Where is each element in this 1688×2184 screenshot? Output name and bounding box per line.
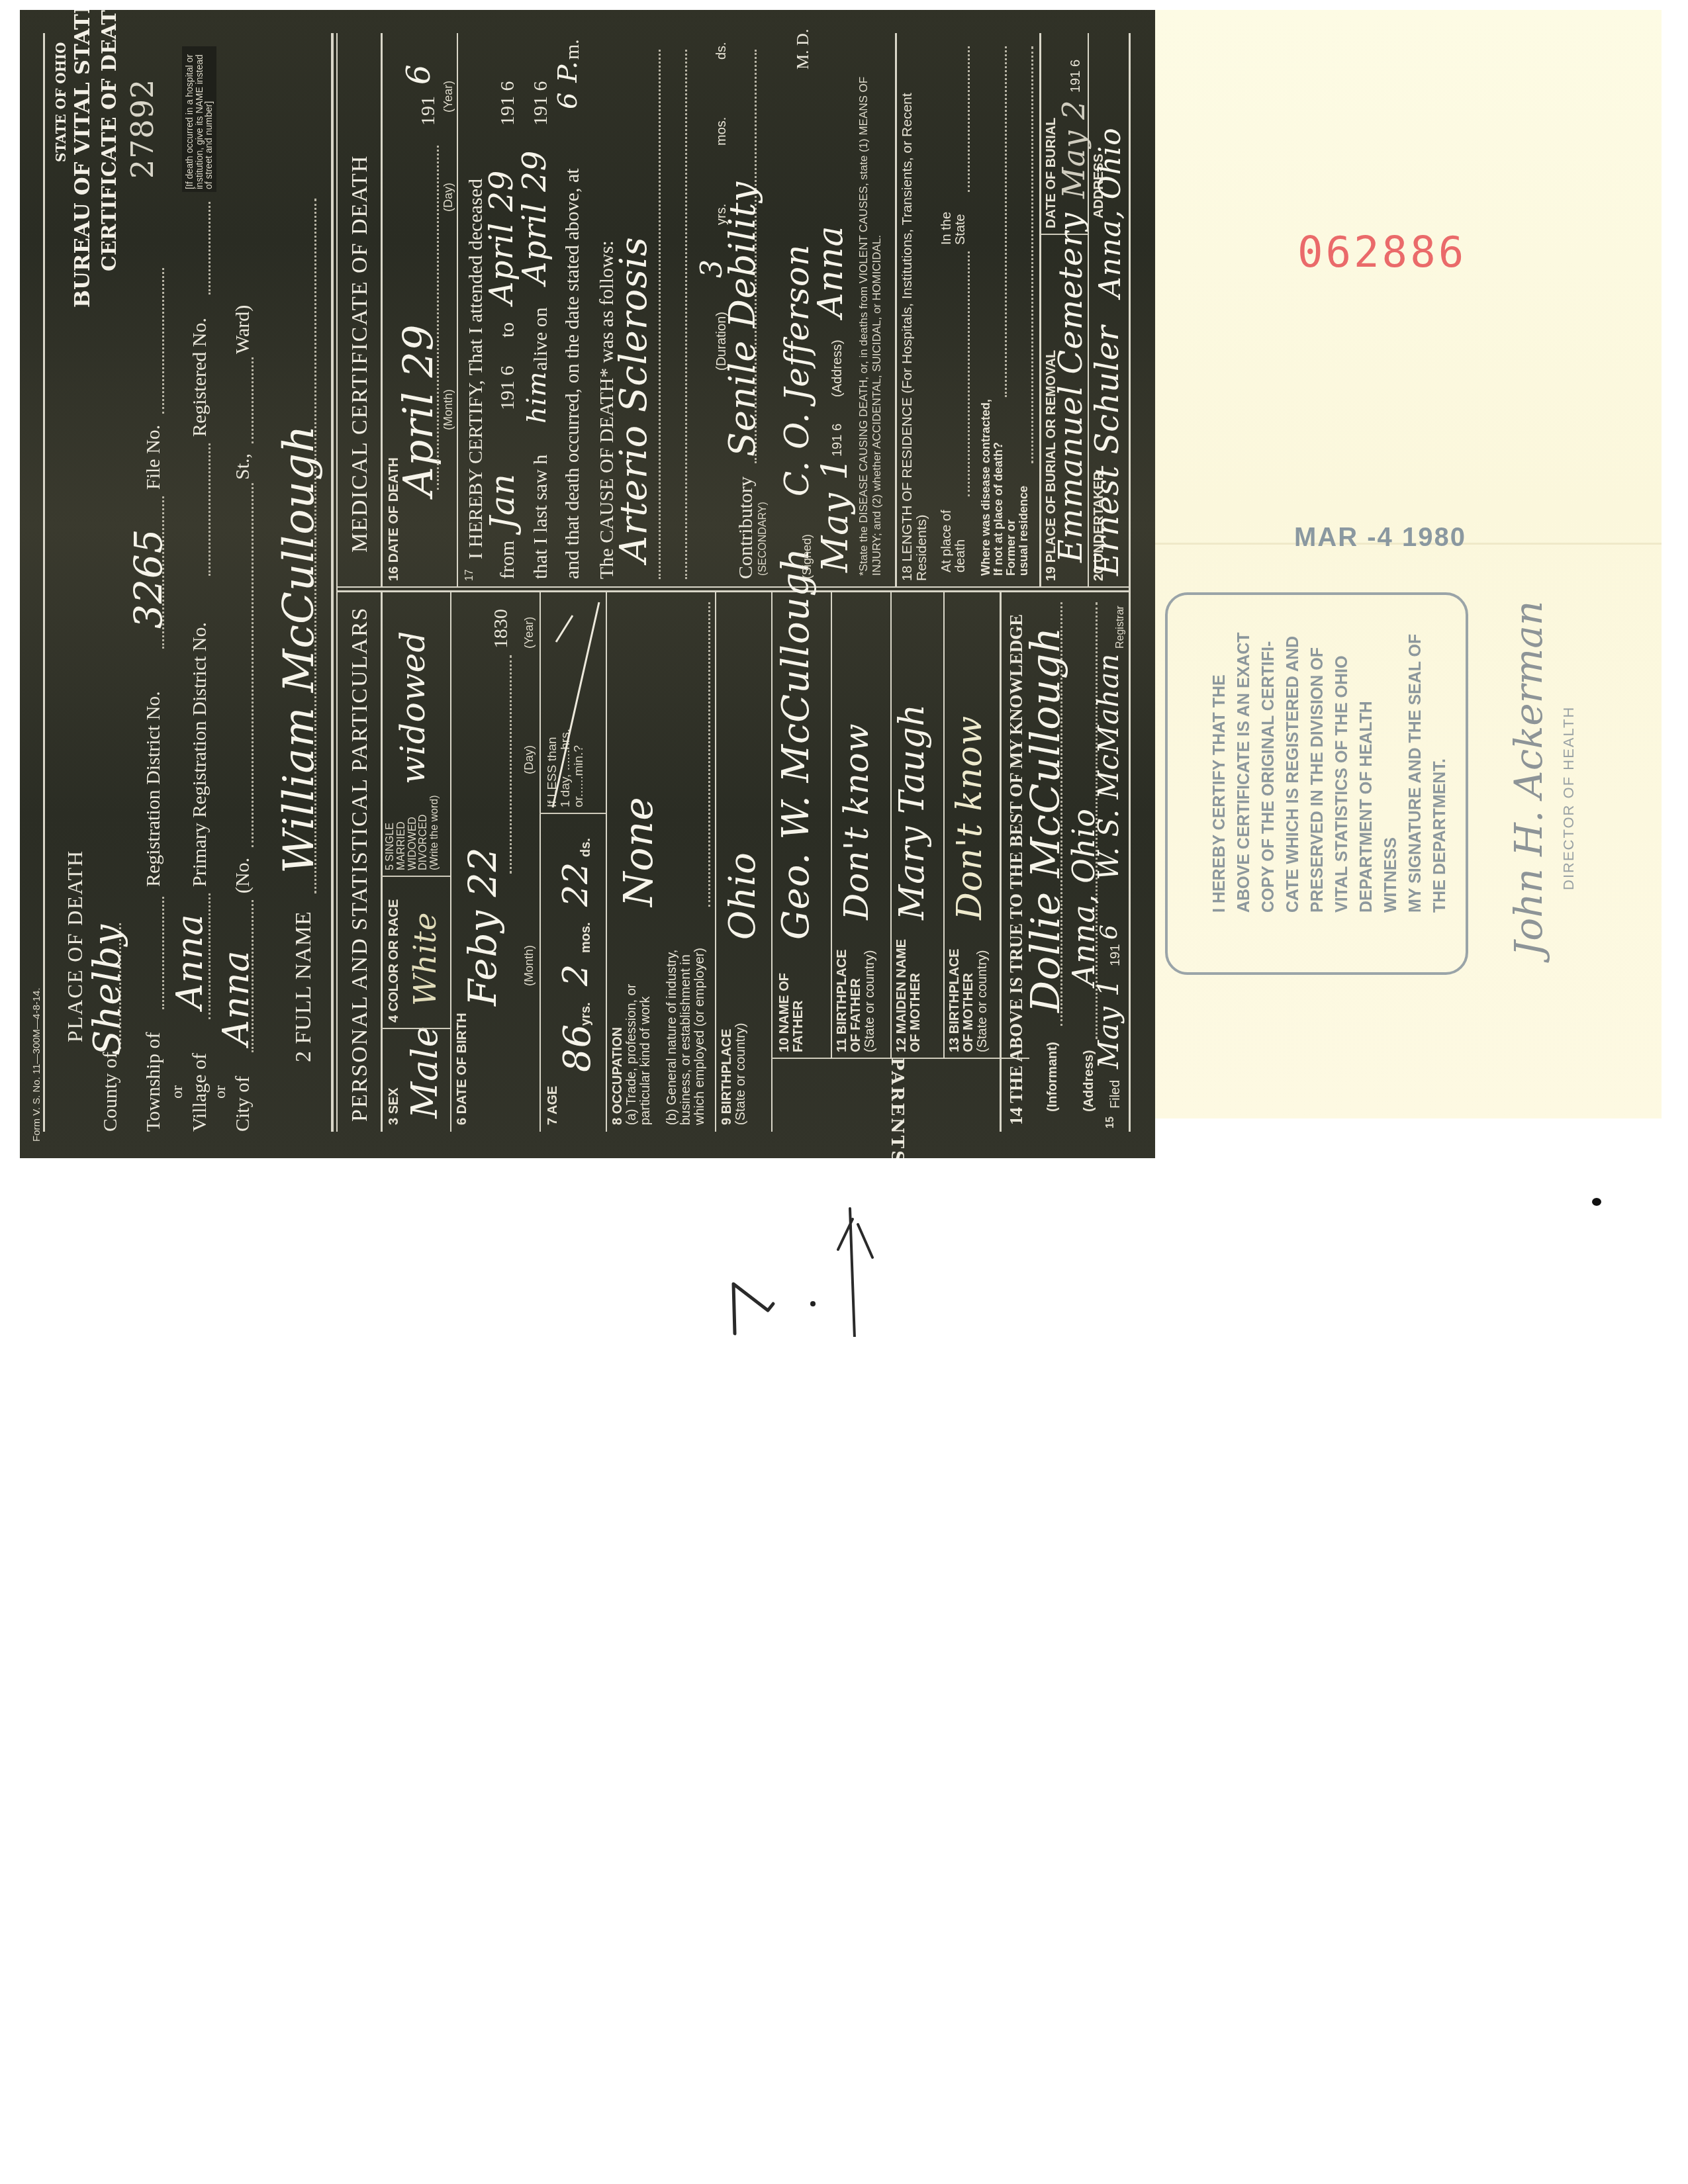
or-text-1: or [169, 1085, 187, 1099]
residence-line [1031, 46, 1033, 463]
death-day-caption: (Day) [442, 183, 455, 212]
filed-date-value: May 1 [1092, 978, 1125, 1069]
ward-line [252, 357, 254, 443]
residence-label: 18 LENGTH OF RESIDENCE (For Hospitals, I… [900, 38, 929, 581]
occupation-label: 8 OCCUPATION (a) Trade, profession, or p… [611, 984, 653, 1125]
certification-line: I HEREBY CERTIFY THAT THE [1207, 621, 1232, 913]
death-certificate-form: Form V. S. No. 11—300M—4-8-14. PLACE OF … [20, 10, 1155, 1158]
age-months-value: 2 [556, 964, 596, 986]
mother-name-line-1: 12 MAIDEN NAME [895, 939, 909, 1052]
certification-line: THE DEPARTMENT. [1428, 621, 1452, 913]
cause-line [659, 50, 661, 579]
street-line [252, 483, 254, 847]
column-divider-2 [336, 586, 1131, 588]
death-occurred-text: and that death occurred, on the date sta… [561, 168, 584, 579]
date-of-death-year-prefix: 191 [417, 96, 440, 126]
row-rule-3 [606, 592, 607, 1132]
signed-label: (Signed) [801, 534, 814, 579]
form-id: Form V. S. No. 11—300M—4-8-14. [32, 987, 42, 1142]
md-label: M. D. [793, 29, 813, 69]
certification-line: ABOVE CERTIFICATE IS AN EXACT [1232, 621, 1256, 913]
industry-line-2: business, or establishment in [679, 948, 693, 1125]
from-label: from [496, 541, 519, 579]
column-divider [336, 590, 1131, 592]
date-of-death-value: April 29 [394, 324, 442, 496]
to-label: to [496, 322, 519, 338]
death-year-caption: (Year) [442, 81, 455, 113]
father-birthplace-line-3: (State or country) [863, 949, 877, 1052]
date-of-burial-value: May 2 [1056, 100, 1092, 199]
dob-year-caption: (Year) [523, 617, 536, 649]
stray-dot-icon [1592, 1198, 1601, 1206]
date-stamp: MAR -4 1980 [1294, 523, 1413, 563]
mother-name-line-2: OF MOTHER [909, 939, 923, 1052]
burial-value: Emmanuel Cemetery [1053, 212, 1090, 563]
file-no-label: File No. [142, 425, 165, 490]
certification-line: PRESERVED IN THE DIVISION OF [1305, 621, 1330, 913]
parents-rule-3 [943, 592, 945, 1059]
birthplace-line-1: 9 BIRTHPLACE [720, 1023, 734, 1125]
duration-ds: ds. [715, 42, 729, 60]
marital-option-married: MARRIED [397, 795, 408, 870]
last-saw-text: that I last saw h [530, 455, 552, 579]
county-label: County of [99, 1052, 122, 1132]
signed-year: 191 6 [831, 424, 845, 457]
hospital-note: [If death occurred in a hospital or inst… [182, 46, 216, 192]
contracted-line-3: Former or [1005, 399, 1017, 576]
certification-line: COPY OF THE ORIGINAL CERTIFI- [1256, 621, 1281, 913]
less-than-strikeout [539, 596, 606, 814]
registered-no-label: Registered No. [189, 318, 211, 437]
physician-address-label: (Address) [831, 340, 845, 397]
alive-on-label: alive on [530, 307, 552, 371]
marital-value: widowed [394, 631, 432, 784]
death-certificate-rotated: Form V. S. No. 11—300M—4-8-14. PLACE OF … [20, 10, 1155, 1158]
personal-heading-rule [381, 592, 383, 1132]
city-label: City of [232, 1076, 254, 1132]
certification-line: VITAL STATISTICS OF THE OHIO [1330, 621, 1354, 913]
in-state-label: In the State [940, 185, 968, 245]
age-days-value: 22 [556, 862, 596, 907]
certification-stamp-box: I HEREBY CERTIFY THAT THE ABOVE CERTIFIC… [1165, 592, 1468, 975]
occupation-line-1: 8 OCCUPATION [611, 984, 625, 1125]
violent-causes-footnote: *State the DISEASE CAUSING DEATH, or, in… [857, 46, 884, 576]
parents-section-label: PARENTS [887, 1058, 907, 1158]
marital-option-single: 5 SINGLE [385, 795, 397, 870]
duration-mos: mos. [715, 117, 729, 146]
marital-status-options: 5 SINGLE MARRIED WIDOWED DIVORCED (Write… [385, 795, 441, 870]
filed-year-suffix: 6 [1096, 924, 1123, 940]
certification-line: MY SIGNATURE AND THE SEAL OF [1403, 621, 1428, 913]
registration-district-value: 3265 [126, 528, 171, 629]
city-value: Anna [215, 950, 257, 1046]
at-place-label: At place of death [940, 486, 968, 572]
mother-birthplace-line-3: (State or country) [976, 948, 990, 1052]
industry-label: (b) General nature of industry, business… [665, 948, 707, 1125]
director-title: DIRECTOR OF HEALTH [1560, 706, 1577, 890]
father-birthplace-value: Don't know [837, 723, 876, 920]
dob-line [510, 655, 512, 874]
physician-address-value: Anna [811, 225, 851, 318]
cause-line-2 [685, 50, 687, 579]
row-rule-4 [715, 592, 716, 1132]
primary-registration-label: Primary Registration District No. [189, 622, 211, 887]
filed-year-prefix: 191 [1109, 944, 1123, 966]
parents-rule-2 [890, 592, 892, 1059]
ward-label: Ward) [232, 305, 254, 354]
informant-value: Dollie McCullough [1023, 627, 1069, 1013]
state-title: STATE OF OHIO [53, 42, 69, 162]
date-of-death-year-suffix: 6 [400, 64, 438, 85]
st-label: St., [232, 453, 254, 480]
mother-birthplace-line-2: OF MOTHER [962, 948, 976, 1052]
industry-line-1: (b) General nature of industry, [665, 948, 679, 1125]
frame-bottom [1129, 33, 1131, 1132]
last-saw-value: him [522, 371, 552, 424]
row-rule-5 [771, 592, 773, 1132]
informant-label: (Informant) [1046, 1042, 1060, 1112]
frame-top [43, 33, 45, 1132]
sex-value: Male [404, 1025, 445, 1118]
dob-day-caption: (Day) [523, 745, 536, 774]
medical-rule-3 [1039, 33, 1041, 588]
certification-panel: 062886 MAR -4 1980 I HEREBY CERTIFY THAT… [1155, 10, 1662, 1118]
marital-option-widowed: WIDOWED [408, 795, 419, 870]
contracted-label: Where was disease contracted, If not at … [980, 399, 1030, 576]
father-name-line-1: 10 NAME OF [778, 973, 792, 1052]
certification-line: CATE WHICH IS REGISTERED AND [1281, 621, 1305, 913]
undertaker-address-value: Anna, Ohio [1094, 127, 1127, 298]
dot-mark-icon [810, 1301, 816, 1306]
alive-on-value: April 29 [516, 150, 553, 285]
burial-year: 191 6 [1069, 60, 1083, 93]
registration-district-label: Registration District No. [142, 691, 165, 887]
death-month-caption: (Month) [442, 389, 455, 430]
or-text-2: or [212, 1085, 230, 1099]
parents-rule-4 [1000, 592, 1002, 1132]
in-state-line [968, 46, 970, 192]
marital-instruction: (Write the word) [430, 795, 441, 870]
mother-birthplace-label: 13 BIRTHPLACE OF MOTHER (State or countr… [948, 948, 990, 1052]
color-marital-divider [381, 876, 450, 877]
filed-label: Filed [1109, 1080, 1123, 1109]
parents-rule-1 [831, 592, 832, 1059]
alive-on-year: 191 6 [530, 81, 552, 126]
dob-month-caption: (Month) [523, 945, 536, 986]
director-signature-block: John H. Ackerman DIRECTOR OF HEALTH [1499, 586, 1592, 983]
certification-text: I HEREBY CERTIFY THAT THE ABOVE CERTIFIC… [1168, 595, 1466, 972]
dob-year: 1830 [490, 609, 512, 649]
village-label: Village of [189, 1053, 211, 1132]
marital-option-divorced: DIVORCED [418, 795, 430, 870]
contributory-label: Contributory [735, 477, 757, 579]
industry-line [708, 602, 710, 907]
township-line [162, 897, 164, 1009]
ds-label: ds. [579, 838, 593, 857]
handwritten-seven-icon [733, 1284, 773, 1334]
color-value: White [407, 912, 443, 1006]
file-no-line [162, 268, 164, 414]
filed-number: 15 [1105, 1116, 1117, 1128]
to-value: April 29 [483, 170, 520, 304]
birthplace-label: 9 BIRTHPLACE (State or country) [720, 1023, 748, 1125]
father-birthplace-label: 11 BIRTHPLACE OF FATHER (State or countr… [835, 949, 877, 1052]
mother-name-label: 12 MAIDEN NAME OF MOTHER [895, 939, 923, 1052]
mos-label: mos. [579, 922, 593, 953]
age-years-value: 86 [556, 1024, 599, 1072]
birthplace-line-2: (State or country) [734, 1023, 748, 1125]
contracted-line-4: usual residence [1017, 399, 1030, 576]
medical-rule-2 [895, 33, 897, 588]
place-of-death-heading: PLACE OF DEATH [63, 850, 87, 1042]
occupation-value: None [616, 796, 662, 907]
m-label: m. [561, 39, 584, 60]
medical-heading-rule [381, 33, 383, 588]
occupation-line-3: particular kind of work [639, 984, 653, 1125]
color-label: 4 COLOR OR RACE [387, 899, 401, 1023]
medical-rule-1 [457, 33, 458, 588]
from-year: 191 6 [496, 366, 519, 411]
industry-line-3: which employed (or employer) [693, 948, 707, 1125]
county-value: Shelby [86, 924, 129, 1056]
birthplace-value: Ohio [722, 852, 763, 940]
secondary-label: (SECONDARY) [758, 502, 769, 576]
certificate-number: 27892 [124, 79, 160, 179]
yrs-label: yrs. [579, 1002, 593, 1026]
contributory-value: Senile Debility [722, 181, 763, 457]
dob-value: Feby 22 [460, 846, 505, 1006]
up-arrow-icon [838, 1208, 872, 1337]
mother-name-value: Mary Taugh [892, 704, 932, 920]
signed-date: May 1 [814, 457, 856, 572]
primary-registration-line [209, 443, 211, 576]
serial-number: 062886 [1297, 228, 1466, 277]
sex-color-divider [381, 1028, 450, 1029]
at-place-line [968, 251, 970, 496]
certificate-title: CERTIFICATE OF DEATH [98, 10, 121, 271]
divider-name [331, 33, 334, 1132]
contracted-line-2: If not at place of death? [992, 399, 1005, 576]
undertaker-value: Ernest Schuler [1089, 325, 1126, 576]
occupation-line-2: (a) Trade, profession, or [625, 984, 639, 1125]
death-time-value: 6 P. [553, 60, 583, 109]
mother-birthplace-line-1: 13 BIRTHPLACE [948, 948, 962, 1052]
registrar-value: W. S. McMahan [1092, 653, 1125, 880]
registered-no-line [209, 202, 211, 295]
age-label: 7 AGE [546, 1086, 560, 1125]
margin-annotation [688, 1165, 887, 1337]
mother-birthplace-value: Don't know [950, 715, 990, 920]
full-name-value: William McCullough [275, 425, 324, 874]
dob-label: 6 DATE OF BIRTH [455, 1013, 469, 1125]
father-birthplace-line-2: OF FATHER [849, 949, 863, 1052]
row-rule-1 [450, 592, 451, 1132]
village-value: Anna [169, 913, 211, 1009]
date-of-death-line [437, 146, 439, 490]
certify-number: 17 [465, 569, 476, 581]
personal-heading: PERSONAL AND STATISTICAL PARTICULARS [348, 607, 373, 1122]
father-name-value: Geo. W. McCullough [774, 547, 818, 940]
to-year: 191 6 [496, 81, 519, 126]
director-signature: John H. Ackerman [1506, 601, 1551, 956]
no-label: (No. [232, 858, 254, 893]
father-name-label: 10 NAME OF FATHER [778, 973, 806, 1052]
full-name-label: 2 FULL NAME [291, 911, 316, 1062]
medical-heading: MEDICAL CERTIFICATE OF DEATH [348, 155, 373, 553]
sex-label: 3 SEX [387, 1087, 401, 1125]
contracted-line-1: Where was disease contracted, [980, 399, 992, 576]
father-name-line-2: FATHER [792, 973, 806, 1052]
registrar-label: Registrar [1115, 606, 1127, 649]
father-birthplace-line-1: 11 BIRTHPLACE [835, 949, 849, 1052]
contracted-line [1005, 46, 1007, 397]
cause-value: Arterio Sclerosis [612, 236, 655, 563]
township-label: Township of [142, 1032, 165, 1132]
bureau-title: BUREAU OF VITAL STATISTICS [70, 10, 95, 308]
from-value: Jan [483, 473, 522, 529]
certification-line: DEPARTMENT OF HEALTH WITNESS [1354, 621, 1403, 913]
divider-name-2 [336, 33, 338, 1132]
